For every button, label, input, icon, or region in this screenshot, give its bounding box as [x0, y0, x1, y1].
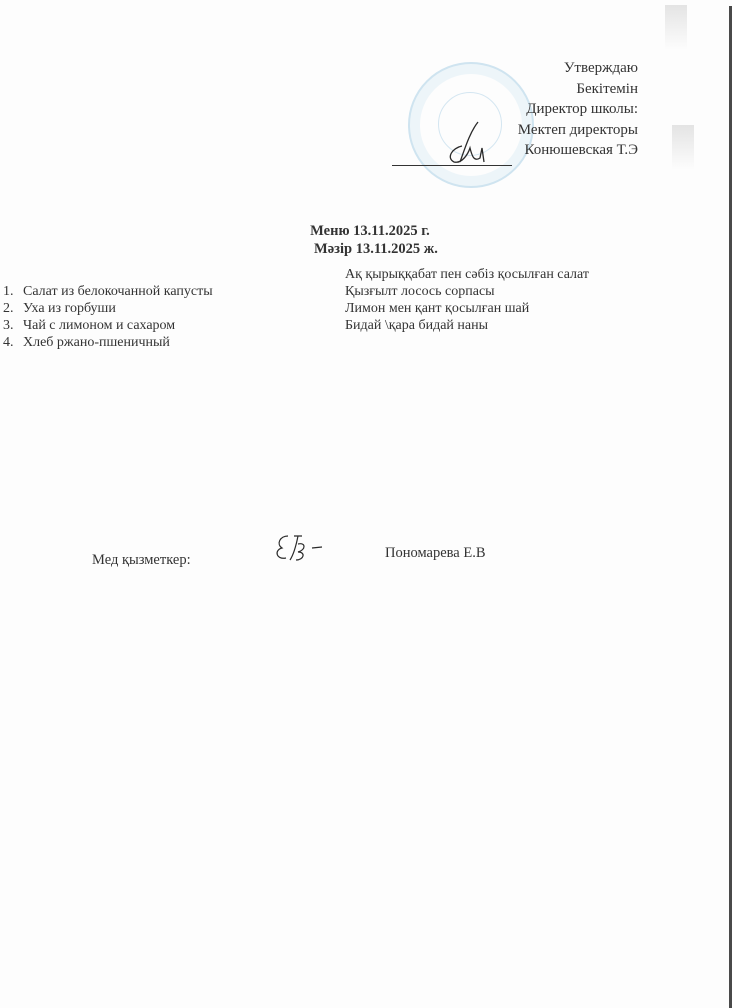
signature-line: [392, 165, 512, 166]
scan-smudge: [672, 125, 694, 170]
medical-signature: [272, 530, 332, 566]
menu-item-kz: Лимон мен қант қосылған шай: [345, 300, 589, 317]
menu-item-kz: Бидай \қара бидай наны: [345, 317, 589, 334]
director-title-kz: Мектеп директоры: [518, 120, 638, 141]
approve-line: Утверждаю: [518, 58, 638, 79]
approval-block: Утверждаю Бекітемін Директор школы: Мект…: [518, 58, 638, 161]
menu-item: 1.Салат из белокочанной капусты: [3, 283, 213, 300]
menu-title-ru: Меню 13.11.2025 г.: [0, 222, 732, 240]
director-name: Конюшевская Т.Э: [518, 140, 638, 161]
menu-item: 4.Хлеб ржано-пшеничный: [3, 334, 213, 351]
medical-worker-label: Мед қызметкер:: [92, 552, 191, 569]
director-title-ru: Директор школы:: [518, 99, 638, 120]
menu-item-kz: Қызғылт лосось сорпасы: [345, 283, 589, 300]
approve-line: Бекітемін: [518, 79, 638, 100]
menu-list-ru: 1.Салат из белокочанной капусты 2.Уха из…: [3, 283, 213, 351]
menu-item: 3.Чай с лимоном и сахаром: [3, 317, 213, 334]
menu-title: Меню 13.11.2025 г. Мәзір 13.11.2025 ж.: [0, 222, 732, 258]
medical-worker-name: Пономарева Е.В: [385, 545, 486, 562]
director-signature: [440, 118, 510, 168]
menu-item: 2.Уха из горбуши: [3, 300, 213, 317]
scan-smudge: [665, 5, 687, 50]
menu-list-kz: Ақ қырыққабат пен сәбіз қосылған салат Қ…: [345, 266, 589, 334]
menu-item-kz: Ақ қырыққабат пен сәбіз қосылған салат: [345, 266, 589, 283]
menu-title-kz: Мәзір 13.11.2025 ж.: [0, 240, 732, 258]
